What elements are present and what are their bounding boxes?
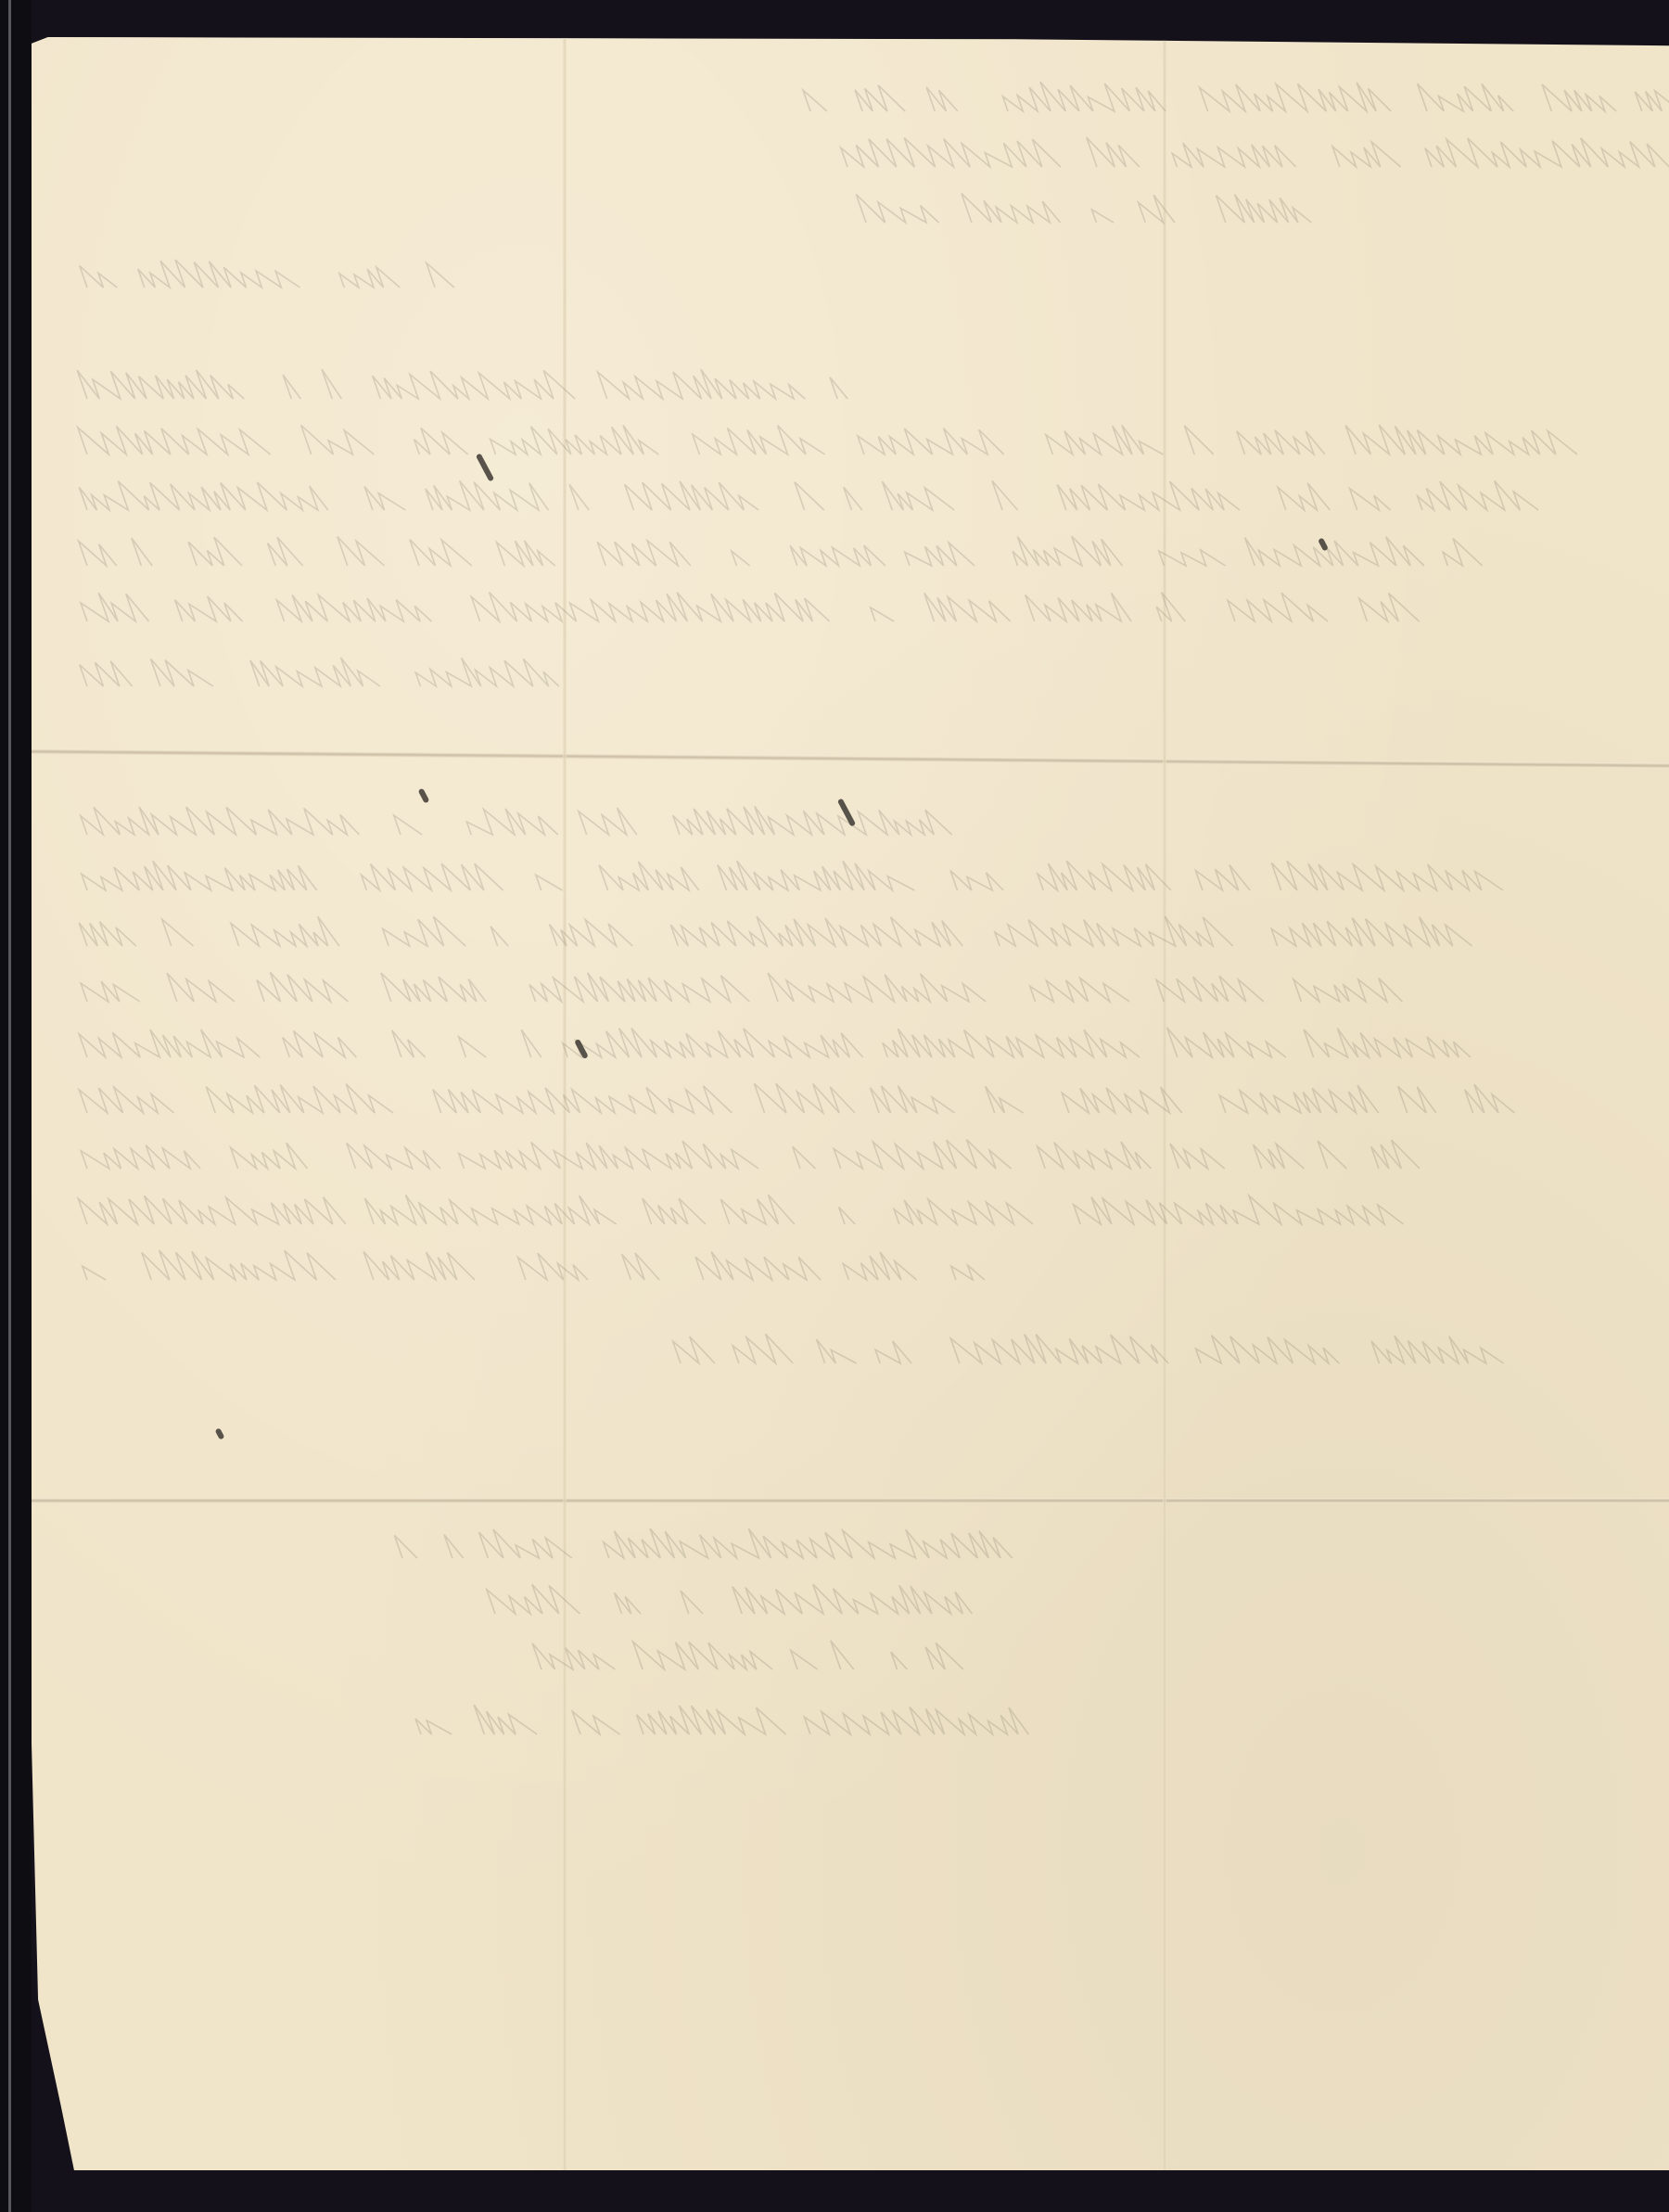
bleed-through-handwriting <box>32 37 1669 2170</box>
scan-left-strip <box>0 0 32 2212</box>
letter-page <box>32 37 1669 2170</box>
scan-edge-line <box>8 0 11 2212</box>
